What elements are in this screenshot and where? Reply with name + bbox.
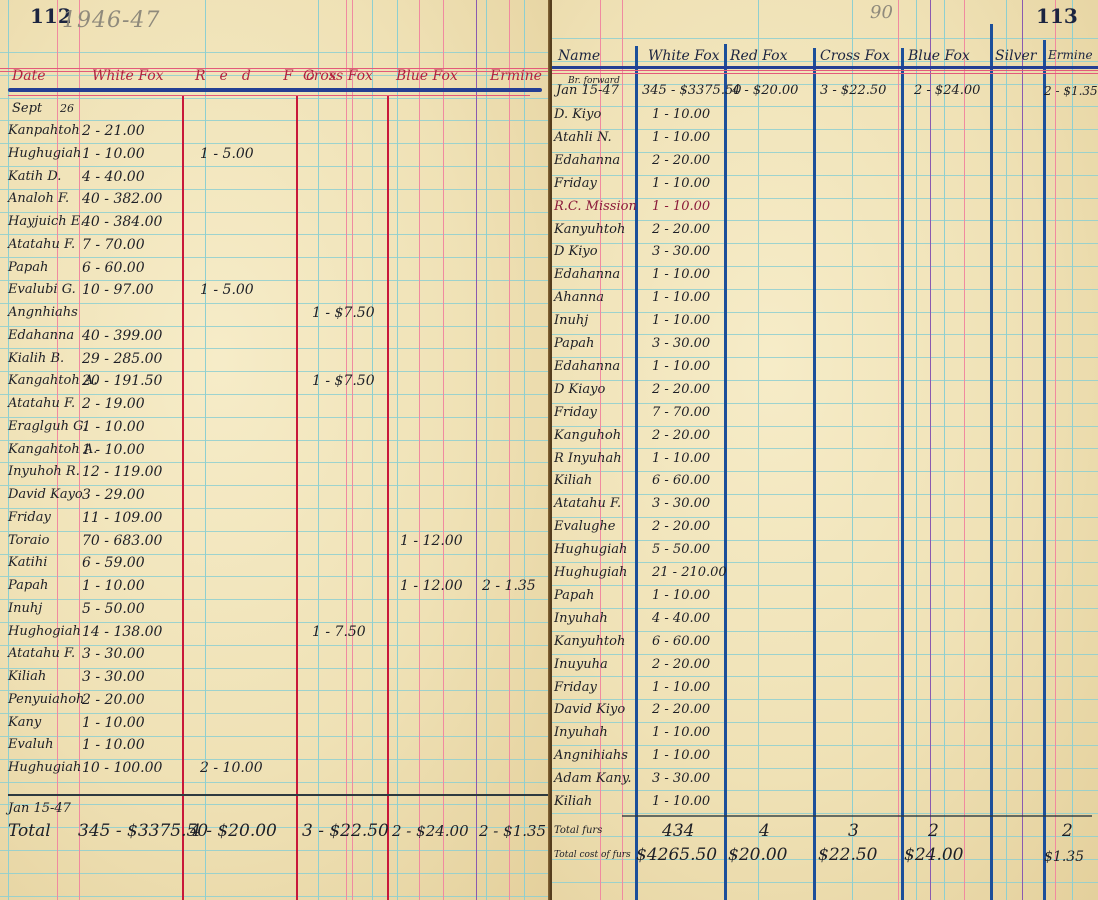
ledger-cell-name: Kiliah (8, 668, 46, 686)
column-header-ermine: Ermine (490, 68, 542, 84)
ledger-cell-name: Papah (554, 587, 594, 605)
ledger-cell-red-fox: 2 - 10.00 (200, 759, 263, 777)
column-divider (901, 48, 904, 900)
total-white-fox: 345 - $3375.50 (78, 822, 208, 840)
year-note: 1946-47 (62, 8, 160, 33)
ledger-page-left: 112 1946-47 Date White Fox Red Fox Cross… (0, 0, 550, 900)
ledger-cell-white-fox: 1 - 10.00 (82, 441, 145, 459)
ledger-cell-white-fox: 2 - 20.00 (652, 427, 710, 445)
rule-line (0, 348, 550, 349)
total-cost-label: Total cost of furs (554, 846, 631, 864)
ledger-cell-white-fox: 3 - 30.00 (652, 770, 710, 788)
ledger-cell-name: Katih D. (8, 168, 61, 186)
ledger-cell-white-fox: 1 - 10.00 (82, 714, 145, 732)
ledger-cell-white-fox: 3 - 30.00 (652, 495, 710, 513)
ledger-cell-white-fox: 3 - 30.00 (82, 645, 145, 663)
ledger-cell-name: Hayjuich E. (8, 213, 84, 231)
rule-line (1055, 0, 1056, 900)
total-blue-fox: 2 - $24.00 (392, 822, 469, 840)
ledger-cell-name: Kiliah (554, 472, 592, 490)
pencil-mark: 90 (870, 2, 893, 23)
ledger-cell-white-fox: 3 - 30.00 (652, 335, 710, 353)
rule-line (552, 631, 1098, 632)
column-header-ermine: Ermine (1048, 48, 1093, 62)
total-cost-cross-fox: $22.50 (818, 846, 877, 864)
total-cross-fox: 3 - $22.50 (302, 822, 389, 840)
column-divider (476, 0, 477, 900)
rule-line (0, 52, 550, 53)
ledger-cell-name: Atatahu F. (8, 395, 75, 413)
column-header-cross-fox: Cross Fox (303, 68, 373, 84)
column-divider (1043, 40, 1046, 900)
ledger-cell-white-fox: 1 - 10.00 (652, 724, 710, 742)
rule-line (0, 98, 550, 99)
rule-line (852, 0, 853, 900)
ledger-cell-white-fox: 1 - 10.00 (82, 736, 145, 754)
total-furs-white-fox: 434 (662, 822, 694, 840)
ledger-cell-name: Kanpahtoh (8, 122, 80, 140)
ledger-cell-name: D Kiyo (554, 243, 598, 261)
ledger-cell-white-fox: 7 - 70.00 (652, 404, 710, 422)
ledger-cell-white-fox: 29 - 285.00 (82, 350, 162, 368)
rule-line (397, 0, 398, 900)
ledger-cell-name: R.C. Mission (554, 198, 637, 216)
rule-line (552, 152, 1098, 153)
rule-line (916, 0, 917, 900)
ledger-cell-name: Angnhiahs (8, 304, 78, 322)
rule-line (552, 882, 1098, 883)
ledger-cell-name: Katihi (8, 554, 47, 572)
ledger-cell-name: Kanyuhtoh (554, 221, 625, 239)
rule-line (0, 782, 550, 783)
ledger-cell-name: Friday (554, 679, 597, 697)
rule-line (372, 0, 373, 900)
rule-line (552, 562, 1098, 563)
ledger-cell-cross-fox: 1 - $7.50 (312, 304, 375, 322)
ledger-cell-white-fox: 2 - 20.00 (82, 691, 145, 709)
ledger-cell-white-fox: 1 - 10.00 (652, 266, 710, 284)
ledger-cell-white-fox: 5 - 50.00 (652, 541, 710, 559)
rule-line (552, 745, 1098, 746)
total-label: Total (8, 822, 51, 840)
ledger-cell-name: Hughugiah (554, 541, 627, 559)
ledger-cell-name: David Kiyo (554, 701, 625, 719)
ledger-cell-name: Papah (8, 259, 48, 277)
ledger-cell-name: Hughugiah (554, 564, 627, 582)
brought-forward-white-fox: 345 - $3375.50 (642, 82, 742, 100)
column-header-white-fox: White Fox (648, 48, 720, 64)
ledger-cell-white-fox: 10 - 100.00 (82, 759, 162, 777)
ledger-cell-white-fox: 6 - 59.00 (82, 554, 145, 572)
rule-line (622, 0, 623, 900)
ledger-cell-name: Penyuiahoh (8, 691, 84, 709)
ledger-cell-name: R Inyuhah (554, 450, 622, 468)
ledger-cell-name: Kany (8, 714, 41, 732)
total-furs-ermine: 2 (1062, 822, 1073, 840)
rule-line (964, 0, 965, 900)
ledger-cell-name: Hughugiah (8, 759, 81, 777)
rule-line (552, 790, 1098, 791)
brought-forward-date: Jan 15-47 (556, 82, 619, 100)
ledger-cell-name: Evaluh (8, 736, 54, 754)
ledger-cell-white-fox: 1 - 10.00 (82, 145, 145, 163)
ledger-cell-white-fox: 12 - 119.00 (82, 463, 162, 481)
ledger-cell-white-fox: 2 - 20.00 (652, 656, 710, 674)
header-rule (552, 70, 1098, 71)
ledger-cell-white-fox: 1 - 10.00 (652, 175, 710, 193)
rule-line (552, 334, 1098, 335)
page-number: 113 (1036, 4, 1078, 28)
header-rule (552, 73, 1098, 74)
rule-line (552, 540, 1098, 541)
total-ermine: 2 - $1.35 (479, 822, 546, 840)
ledger-cell-white-fox: 1 - 10.00 (652, 106, 710, 124)
rule-line (552, 266, 1098, 267)
ledger-cell-name: Atatahu F. (8, 645, 75, 663)
ledger-cell-name: Friday (8, 509, 51, 527)
ledger-cell-white-fox: 1 - 10.00 (652, 587, 710, 605)
rule-line (552, 106, 1098, 107)
ledger-cell-name: Hughogiah (8, 623, 81, 641)
ledger-cell-cross-fox: 1 - $7.50 (312, 372, 375, 390)
total-furs-label: Total furs (554, 822, 602, 840)
column-header-cross-fox: Cross Fox (820, 48, 890, 64)
ledger-cell-white-fox: 2 - 20.00 (652, 152, 710, 170)
ledger-cell-name: Inyuhah (554, 610, 608, 628)
rule-line (318, 0, 319, 900)
ledger-cell-white-fox: 70 - 683.00 (82, 532, 162, 550)
total-rule (622, 815, 1092, 817)
ledger-cell-white-fox: 14 - 138.00 (82, 623, 162, 641)
ledger-cell-name: Edahanna (554, 152, 620, 170)
ledger-cell-white-fox: 1 - 10.00 (652, 793, 710, 811)
rule-line (552, 38, 1098, 39)
ledger-cell-name: D Kiayo (554, 381, 605, 399)
total-cost-white-fox: $4265.50 (636, 846, 717, 864)
header-rule (552, 66, 1098, 69)
ledger-cell-white-fox: 2 - 20.00 (652, 701, 710, 719)
brought-forward-cross-fox: 3 - $22.50 (820, 82, 886, 100)
ledger-cell-white-fox: 10 - 97.00 (82, 281, 154, 299)
ledger-cell-white-fox: 6 - 60.00 (82, 259, 145, 277)
total-rule (8, 794, 548, 796)
total-furs-blue-fox: 2 (928, 822, 939, 840)
rule-line (552, 654, 1098, 655)
column-header-blue-fox: Blue Fox (908, 48, 970, 64)
ledger-cell-cross-fox: 1 - 7.50 (312, 623, 366, 641)
rule-line (898, 0, 899, 900)
rule-line (352, 0, 353, 900)
ledger-cell-name: Evalughe (554, 518, 616, 536)
total-furs-red-fox: 4 (759, 822, 770, 840)
rule-line (0, 257, 550, 258)
rule-line (486, 0, 487, 900)
rule-line (1006, 0, 1007, 900)
ledger-cell-blue-fox: 1 - 12.00 (400, 532, 463, 550)
ledger-cell-name: Kanguhoh (554, 427, 621, 445)
rule-line (552, 380, 1098, 381)
rule-line (524, 0, 525, 900)
ledger-cell-white-fox: 40 - 399.00 (82, 327, 162, 345)
ledger-cell-name: Ahanna (554, 289, 604, 307)
rule-line (0, 804, 550, 805)
ledger-cell-name: Inuhj (8, 600, 42, 618)
rule-line (552, 220, 1098, 221)
ledger-page-right: 90 113 Name White Fox Red Fox Cross Fox … (552, 0, 1098, 900)
ledger-cell-white-fox: 6 - 60.00 (652, 633, 710, 651)
ledger-cell-white-fox: 4 - 40.00 (652, 610, 710, 628)
ledger-cell-red-fox: 1 - 5.00 (200, 281, 254, 299)
header-rule (8, 95, 530, 96)
rule-line (346, 0, 347, 900)
column-divider (296, 96, 298, 900)
rule-line (552, 517, 1098, 518)
column-header-blue-fox: Blue Fox (396, 68, 458, 84)
rule-line (552, 129, 1098, 130)
date-month: Sept (12, 100, 42, 118)
total-cost-ermine: $1.35 (1044, 848, 1084, 866)
rule-line (0, 850, 550, 851)
column-divider (182, 96, 184, 900)
ledger-cell-white-fox: 1 - 10.00 (82, 418, 145, 436)
ledger-cell-name: Analoh F. (8, 190, 69, 208)
ledger-cell-name: Inyuhoh R. (8, 463, 80, 481)
column-header-red-fox: Red Fox (730, 48, 788, 64)
rule-line (0, 896, 550, 897)
ledger-cell-white-fox: 1 - 10.00 (652, 312, 710, 330)
rule-line (552, 813, 1098, 814)
ledger-cell-name: Atatahu F. (554, 495, 621, 513)
ledger-cell-white-fox: 21 - 210.00 (652, 564, 727, 582)
rule-line (552, 357, 1098, 358)
ledger-cell-name: Inyuhah (554, 724, 608, 742)
ledger-cell-white-fox: 7 - 70.00 (82, 236, 145, 254)
ledger-cell-name: Edahanna (8, 327, 74, 345)
rule-line (552, 243, 1098, 244)
column-divider (635, 46, 638, 900)
column-divider (387, 96, 389, 900)
column-header-name: Name (558, 48, 600, 64)
rule-line (552, 722, 1098, 723)
rule-line (552, 312, 1098, 313)
ledger-cell-white-fox: 4 - 40.00 (82, 168, 145, 186)
ledger-cell-white-fox: 11 - 109.00 (82, 509, 162, 527)
ledger-cell-name: Inuhj (554, 312, 588, 330)
rule-line (0, 303, 550, 304)
rule-line (552, 448, 1098, 449)
ledger-cell-name: Toraio (8, 532, 49, 550)
ledger-cell-white-fox: 2 - 19.00 (82, 395, 145, 413)
ledger-cell-white-fox: 2 - 20.00 (652, 518, 710, 536)
column-header-white-fox: White Fox (92, 68, 164, 84)
ledger-cell-name: Friday (554, 404, 597, 422)
rule-line (552, 699, 1098, 700)
ledger-cell-name: Edahanna (554, 266, 620, 284)
ledger-cell-name: David Kayo (8, 486, 83, 504)
ledger-cell-name: Atatahu F. (8, 236, 75, 254)
column-header-date: Date (12, 68, 45, 84)
rule-line (419, 0, 420, 900)
ledger-cell-white-fox: 40 - 382.00 (82, 190, 162, 208)
ledger-cell-name: Edahanna (554, 358, 620, 376)
total-red-fox: 4 - $20.00 (190, 822, 277, 840)
ledger-cell-name: Kanyuhtoh (554, 633, 625, 651)
rule-line (552, 289, 1098, 290)
ledger-cell-name: Atahli N. (554, 129, 612, 147)
brought-forward-ermine: 2 - $1.35 (1044, 82, 1098, 100)
rule-line (0, 120, 550, 121)
rule-line (944, 0, 945, 900)
ledger-cell-name: Eraglguh G. (8, 418, 87, 436)
closing-date: Jan 15-47 (8, 800, 71, 818)
ledger-cell-name: Angnihiahs (554, 747, 628, 765)
rule-line (509, 0, 510, 900)
ledger-cell-name: D. Kiyo (554, 106, 601, 124)
column-divider (724, 44, 727, 900)
ledger-cell-name: Kialih B. (8, 350, 64, 368)
header-rule (8, 88, 542, 92)
rule-line (443, 0, 444, 900)
ledger-cell-white-fox: 1 - 10.00 (652, 198, 710, 216)
rule-line (552, 676, 1098, 677)
rule-line (552, 836, 1098, 837)
ledger-cell-white-fox: 1 - 10.00 (652, 679, 710, 697)
column-divider (990, 24, 993, 900)
ledger-cell-white-fox: 2 - 21.00 (82, 122, 145, 140)
ledger-cell-white-fox: 1 - 10.00 (652, 747, 710, 765)
rule-line (1022, 0, 1023, 900)
rule-line (552, 403, 1098, 404)
ledger-cell-name: Hughugiah (8, 145, 81, 163)
rule-line (552, 471, 1098, 472)
rule-line (0, 166, 550, 167)
rule-line (0, 234, 550, 235)
ledger-cell-name: Papah (554, 335, 594, 353)
brought-forward-red-fox: 4 - $20.00 (732, 82, 798, 100)
column-divider (813, 48, 816, 900)
ledger-cell-name: Papah (8, 577, 48, 595)
ledger-cell-name: Kiliah (554, 793, 592, 811)
total-cost-red-fox: $20.00 (728, 846, 787, 864)
ledger-cell-white-fox: 40 - 384.00 (82, 213, 162, 231)
rule-line (758, 0, 759, 900)
ledger-cell-name: Inuyuha (554, 656, 608, 674)
ledger-cell-white-fox: 1 - 10.00 (652, 358, 710, 376)
ledger-cell-white-fox: 3 - 29.00 (82, 486, 145, 504)
ledger-cell-white-fox: 2 - 20.00 (652, 221, 710, 239)
rule-line (552, 175, 1098, 176)
ledger-cell-name: Evalubi G. (8, 281, 76, 299)
column-header-silver: Silver (995, 48, 1036, 64)
date-day: 26 (60, 100, 74, 118)
ledger-cell-white-fox: 5 - 50.00 (82, 600, 145, 618)
total-furs-cross-fox: 3 (848, 822, 859, 840)
brought-forward-blue-fox: 2 - $24.00 (914, 82, 980, 100)
ledger-cell-ermine: 2 - 1.35 (482, 577, 536, 595)
ledger-cell-white-fox: 3 - 30.00 (652, 243, 710, 261)
ledger-cell-white-fox: 2 - 20.00 (652, 381, 710, 399)
ledger-cell-white-fox: 1 - 10.00 (652, 289, 710, 307)
ledger-cell-white-fox: 1 - 10.00 (82, 577, 145, 595)
rule-line (930, 0, 931, 900)
ledger-cell-white-fox: 1 - 10.00 (652, 129, 710, 147)
rule-line (0, 143, 550, 144)
rule-line (552, 494, 1098, 495)
rule-line (1072, 0, 1073, 900)
rule-line (552, 585, 1098, 586)
rule-line (552, 768, 1098, 769)
ledger-cell-white-fox: 6 - 60.00 (652, 472, 710, 490)
rule-line (0, 873, 550, 874)
ledger-cell-blue-fox: 1 - 12.00 (400, 577, 463, 595)
ledger-cell-name: Adam Kany. (554, 770, 632, 788)
ledger-cell-white-fox: 1 - 10.00 (652, 450, 710, 468)
total-cost-blue-fox: $24.00 (904, 846, 963, 864)
rule-line (552, 426, 1098, 427)
ledger-cell-white-fox: 3 - 30.00 (82, 668, 145, 686)
rule-line (552, 608, 1098, 609)
ledger-cell-white-fox: 20 - 191.50 (82, 372, 162, 390)
ledger-cell-red-fox: 1 - 5.00 (200, 145, 254, 163)
ledger-cell-name: Friday (554, 175, 597, 193)
